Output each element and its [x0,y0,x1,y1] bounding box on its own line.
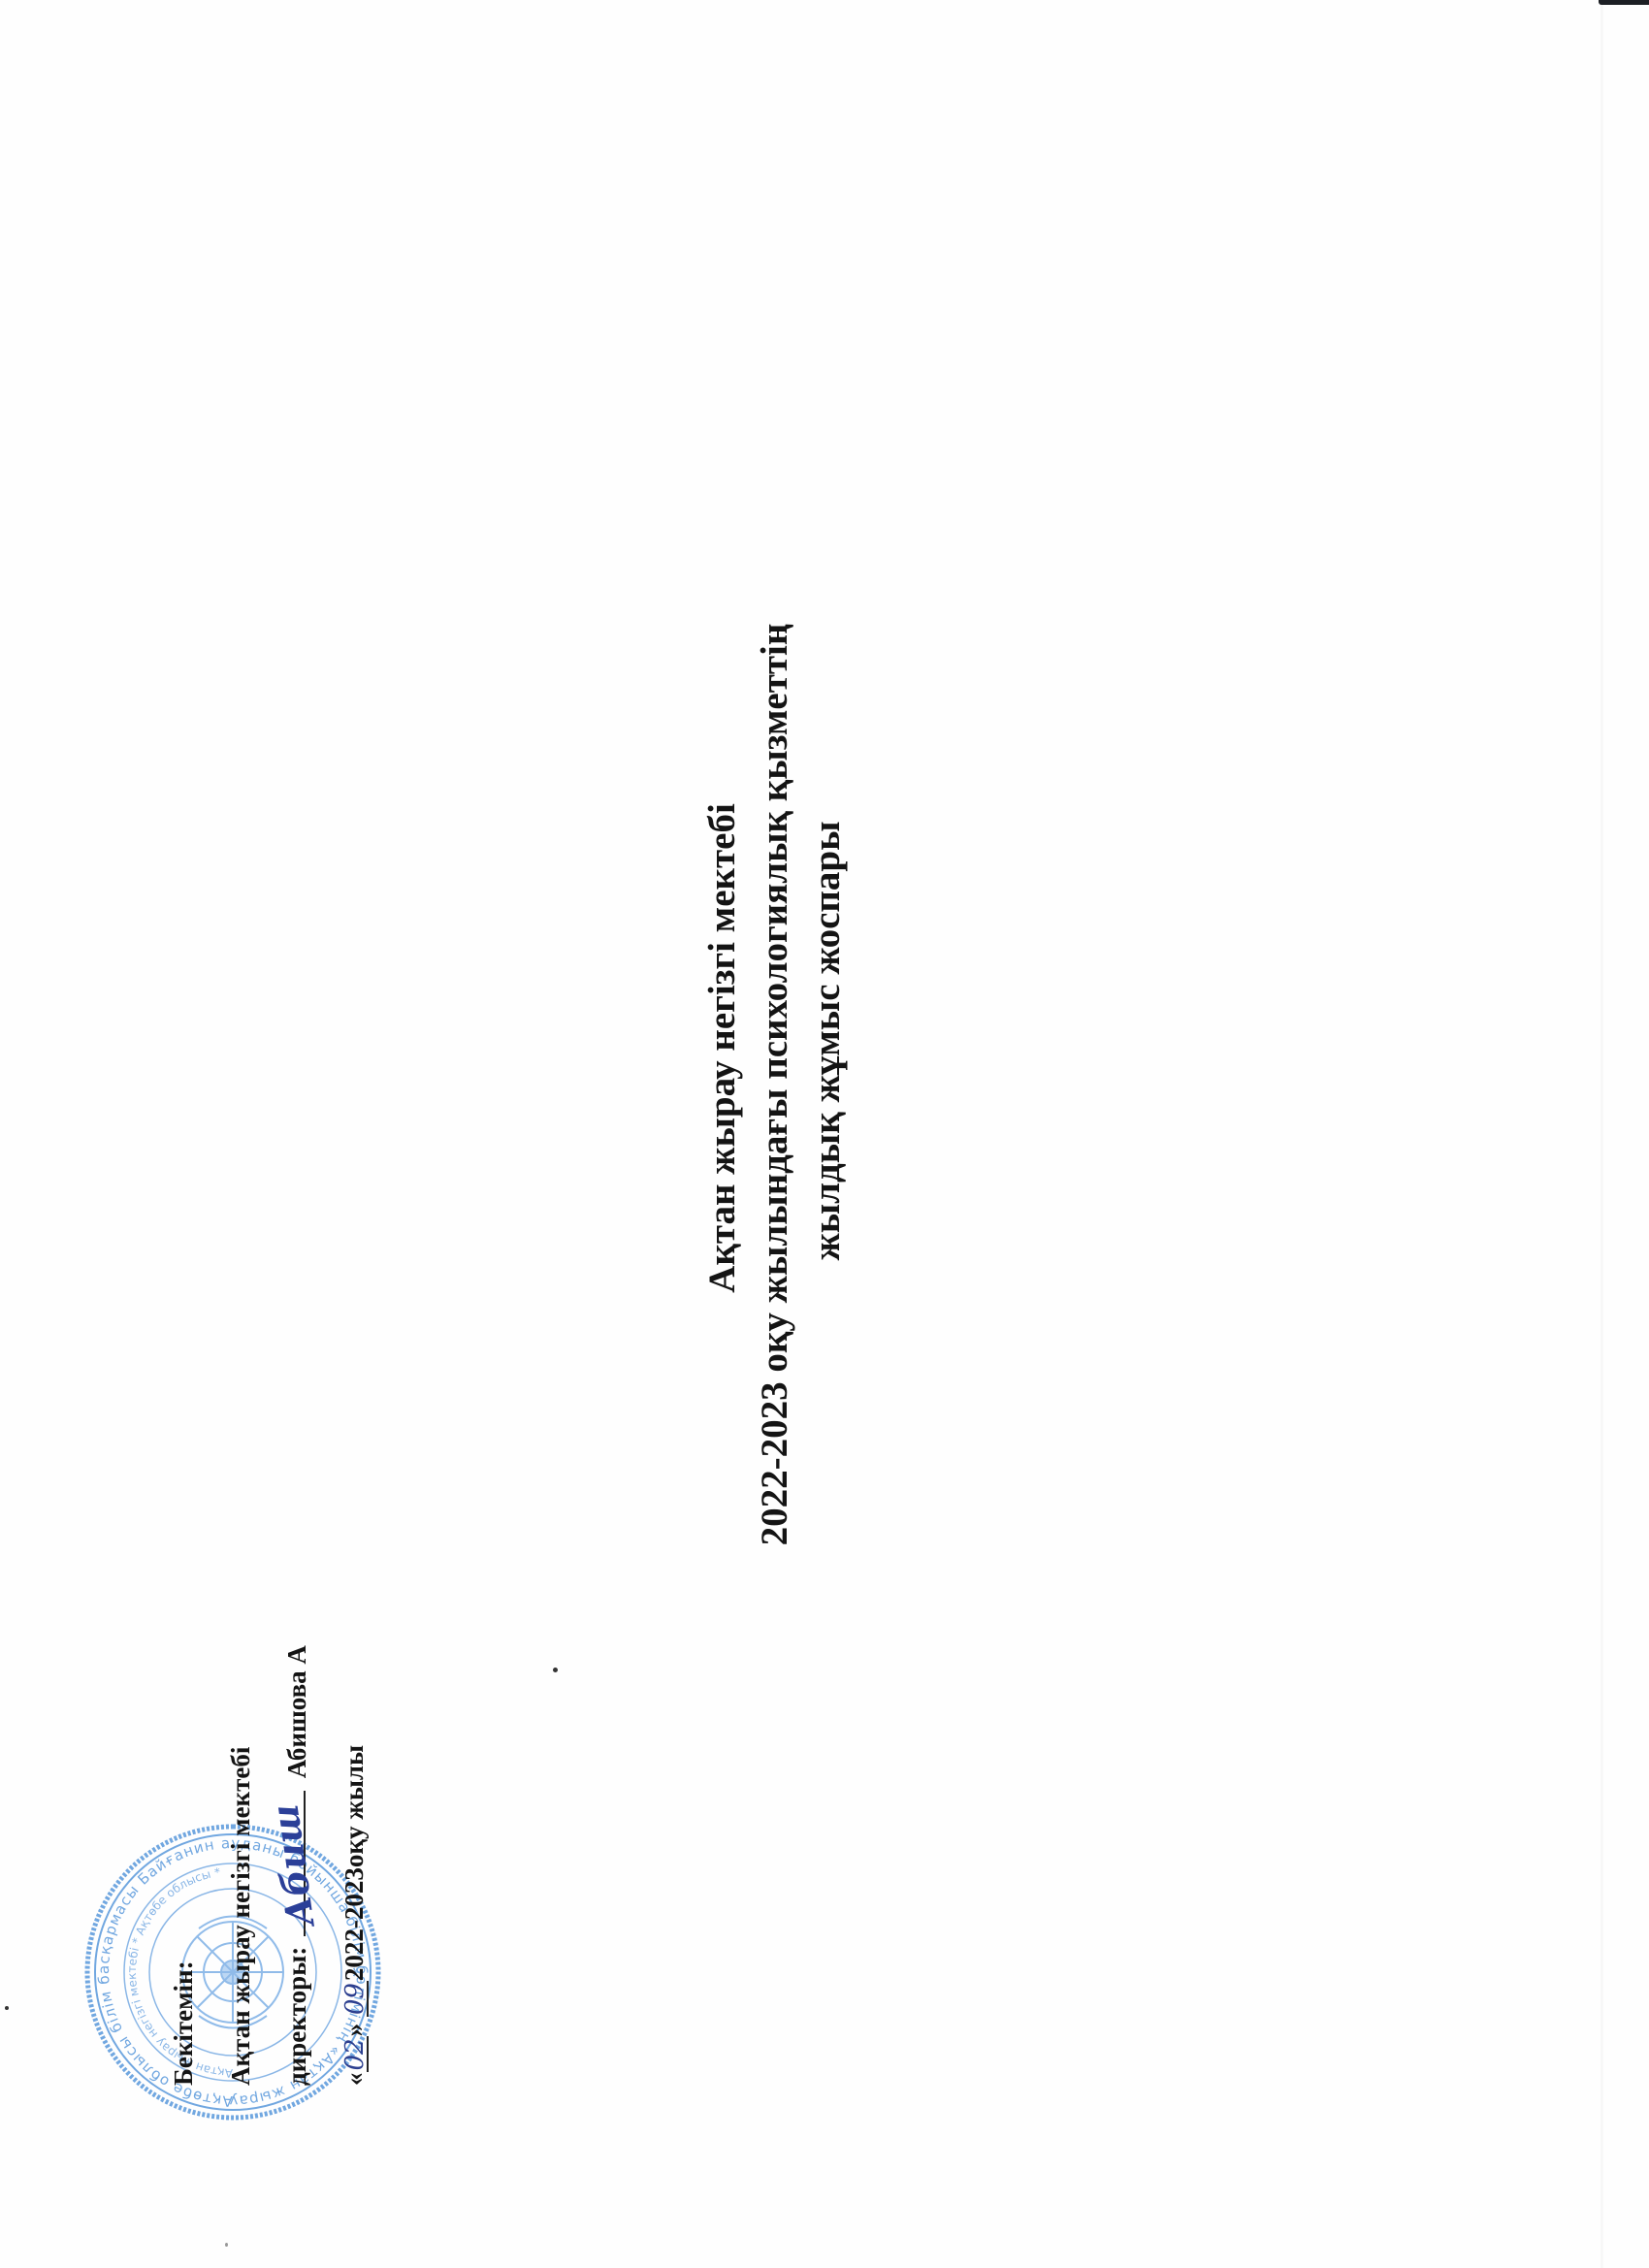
title-line-year-service: 2022-2023 оқу жылындағы психологиялық қы… [749,405,801,1764]
title-line-plan: жылдық жұмыс жоспары [801,405,854,1764]
director-name: Абишова А [282,1645,311,1778]
date-close-quote: » [339,2024,369,2037]
date-open-quote: « [339,2073,369,2087]
director-signature-row: директоры: Абиш Абишова А [269,1645,326,2086]
date-academic-year: 2022-2023оқу жылы [339,1745,369,1981]
title-line-school: Ақтан жырау негізгі мектебі [696,405,749,1764]
rotated-content: Ақтөбе облысы білім басқармасы Байғанин … [0,0,1649,2268]
director-label: директоры: [282,1947,311,2086]
approval-school-name: Ақтан жырау негізгі мектебі [212,1645,270,2086]
approval-heading: Бекітемін: [155,1645,212,2086]
signature-line: Абиш [282,1791,306,1936]
date-day: 02 [343,2036,369,2072]
date-month: 09 [343,1981,369,2017]
scanned-page: Ақтөбе облысы білім басқармасы Байғанин … [0,0,1649,2268]
approval-block: Бекітемін: Ақтан жырау негізгі мектебі д… [155,1645,382,2086]
document-title: Ақтан жырау негізгі мектебі 2022-2023 оқ… [696,405,854,1764]
approval-date-row: «02» 092022-2023оқу жылы [326,1645,383,2086]
